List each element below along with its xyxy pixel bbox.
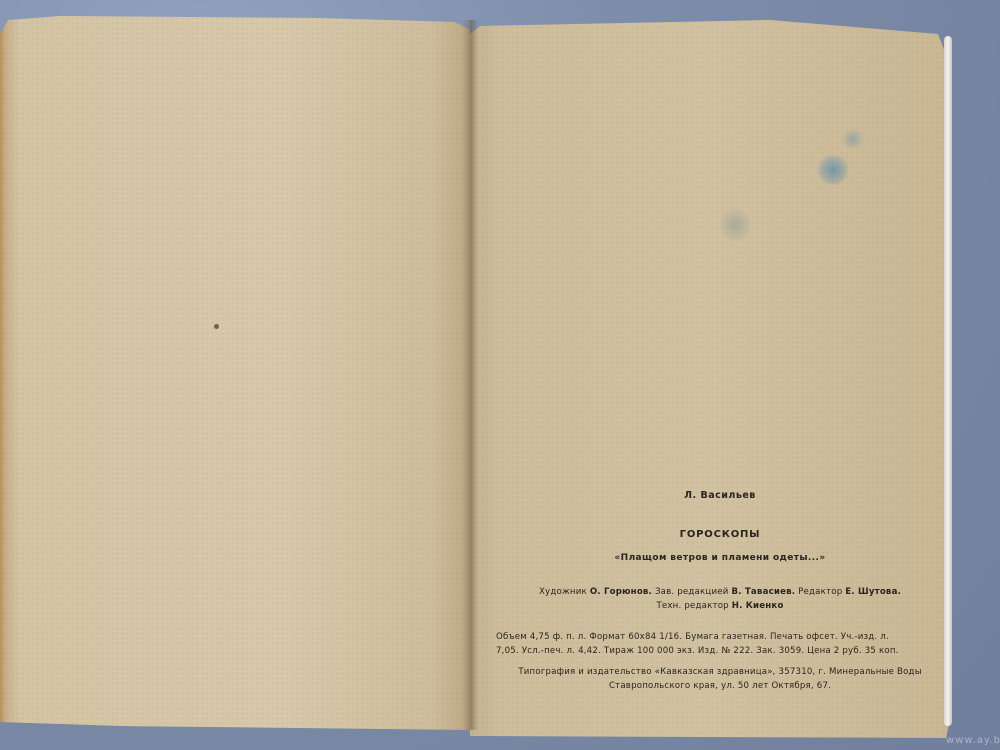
- staff-credits: Художник О. Горюнов. Зав. редакцией В. Т…: [490, 585, 950, 613]
- printer-line-2: Ставропольского края, ул. 50 лет Октября…: [490, 679, 950, 693]
- book-title: ГОРОСКОПЫ: [490, 529, 950, 540]
- specs-line-2: 7,05. Усл.-печ. л. 4,42. Тираж 100 000 э…: [496, 644, 946, 658]
- specs-line-1: Объем 4,75 ф. п. л. Формат 60х84 1/16. Б…: [496, 630, 946, 644]
- printer-line-1: Типография и издательство «Кавказская зд…: [490, 665, 950, 679]
- left-page: [0, 16, 470, 730]
- head-editor-name: В. Тавасиев.: [731, 587, 795, 597]
- ink-speck: [214, 324, 219, 329]
- photo-scene: Л. Васильев ГОРОСКОПЫ «Плащом ветров и п…: [0, 0, 1000, 750]
- faded-stamp-mark: [815, 155, 851, 185]
- head-editor-label: Зав. редакцией: [655, 587, 729, 597]
- watermark: www.ay.by: [946, 735, 1000, 746]
- paper-texture: [0, 16, 470, 730]
- tech-editor-label: Техн. редактор: [656, 601, 728, 611]
- book-subtitle: «Плащом ветров и пламени одеты...»: [490, 553, 950, 563]
- tech-editor-name: Н. Киенко: [732, 601, 784, 611]
- editor-label: Редактор: [798, 587, 842, 597]
- editor-name: Е. Шутова.: [845, 587, 901, 597]
- page-stack-edge: [944, 36, 952, 726]
- faded-stamp-mark: [840, 130, 866, 148]
- book-spine-gutter: [462, 20, 478, 730]
- artist-label: Художник: [539, 587, 587, 597]
- faded-stamp-mark: [720, 205, 750, 245]
- print-specs: Объем 4,75 ф. п. л. Формат 60х84 1/16. Б…: [496, 630, 946, 658]
- artist-name: О. Горюнов.: [590, 587, 652, 597]
- author-name: Л. Васильев: [490, 490, 950, 501]
- printer-info: Типография и издательство «Кавказская зд…: [490, 665, 950, 693]
